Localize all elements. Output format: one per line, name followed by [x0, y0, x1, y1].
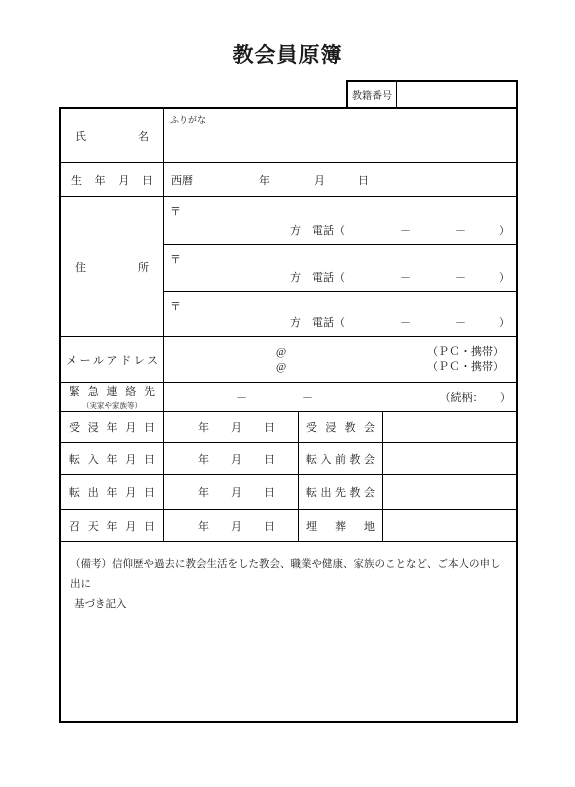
name-input-cell: ふりがな [164, 109, 516, 162]
emergency-label-cell: 緊急連絡先 （実家や家族等） [61, 383, 164, 411]
address-entry-3: 〒 方 電話（ － － ） [164, 292, 516, 336]
baptism-church-label-cell: 受浸教会 [299, 412, 383, 442]
phone-line: 方 電話（ － － ） [290, 269, 510, 285]
page-title: 教会員原簿 [0, 39, 575, 69]
name-row: 氏名 ふりがな [61, 109, 516, 163]
death-row: 召天年月日 年 月 日 埋葬地 [61, 510, 516, 542]
remarks-section: （備考）信仰歴や過去に教会生活をした教会、職業や健康、家族のことなど、ご本人の申… [61, 542, 516, 721]
name-label-cell: 氏名 [61, 109, 164, 162]
burial-place-label: 埋葬地 [299, 518, 382, 534]
address-row: 住所 〒 方 電話（ － － ） 〒 方 電話（ － － ） 〒 方 電話（ －… [61, 197, 516, 337]
birth-row: 生年月日 西暦 年 月 日 [61, 163, 516, 197]
furigana-label: ふりがな [170, 113, 206, 126]
previous-church-value-cell [383, 443, 516, 474]
baptism-church-value-cell [383, 412, 516, 442]
destination-church-value-cell [383, 475, 516, 509]
baptism-date-line: 年 月 日 [164, 412, 299, 442]
baptism-row: 受浸年月日 年 月 日 受浸教会 [61, 412, 516, 443]
destination-church-label-cell: 転出先教会 [299, 475, 383, 509]
emergency-label: 緊急連絡先 [61, 383, 163, 399]
transfer-in-date-line: 年 月 日 [164, 443, 299, 474]
burial-place-label-cell: 埋葬地 [299, 510, 383, 541]
transfer-out-date-label: 転出年月日 [61, 484, 163, 500]
registration-number-box: 教籍番号 [346, 80, 518, 107]
birth-value-line: 西暦 年 月 日 [164, 163, 516, 196]
address-label-cell: 住所 [61, 197, 164, 336]
address-entry-2: 〒 方 電話（ － － ） [164, 245, 516, 292]
emergency-sublabel: （実家や家族等） [61, 400, 163, 411]
death-date-line: 年 月 日 [164, 510, 299, 541]
transfer-out-row: 転出年月日 年 月 日 転出先教会 [61, 475, 516, 510]
transfer-in-row: 転入年月日 年 月 日 転入前教会 [61, 443, 516, 475]
baptism-church-label: 受浸教会 [299, 419, 382, 435]
at-sign: @ [276, 345, 286, 360]
address-label: 住所 [61, 259, 163, 275]
burial-place-value-cell [383, 510, 516, 541]
email-label: メールアドレス [61, 352, 163, 368]
at-sign: @ [276, 360, 286, 375]
emergency-relation-note: （続柄： ） [440, 389, 512, 405]
email-entry-2: @ （ＰＣ・携帯） [164, 360, 516, 375]
phone-line: 方 電話（ － － ） [290, 222, 510, 238]
postal-mark-icon: 〒 [170, 203, 181, 219]
registration-number-label: 教籍番号 [348, 82, 397, 107]
birth-label: 生年月日 [61, 172, 163, 188]
email-type-note: （ＰＣ・携帯） [427, 345, 516, 360]
death-date-label-cell: 召天年月日 [61, 510, 164, 541]
emergency-number-line: － － [236, 389, 313, 405]
birth-label-cell: 生年月日 [61, 163, 164, 196]
email-value-cell: @ （ＰＣ・携帯） @ （ＰＣ・携帯） [164, 337, 516, 382]
name-label: 氏名 [61, 128, 163, 144]
destination-church-label: 転出先教会 [299, 484, 382, 500]
email-label-cell: メールアドレス [61, 337, 164, 382]
previous-church-label: 転入前教会 [299, 451, 382, 467]
remarks-line-1: （備考）信仰歴や過去に教会生活をした教会、職業や健康、家族のことなど、ご本人の申… [70, 555, 508, 595]
previous-church-label-cell: 転入前教会 [299, 443, 383, 474]
transfer-out-date-line: 年 月 日 [164, 475, 299, 509]
email-row: メールアドレス @ （ＰＣ・携帯） @ （ＰＣ・携帯） [61, 337, 516, 383]
transfer-in-date-label-cell: 転入年月日 [61, 443, 164, 474]
member-form-table: 氏名 ふりがな 生年月日 西暦 年 月 日 住所 〒 [59, 107, 518, 723]
email-entry-1: @ （ＰＣ・携帯） [164, 345, 516, 360]
birth-value-cell: 西暦 年 月 日 [164, 163, 516, 196]
emergency-value-cell: － － （続柄： ） [164, 383, 516, 411]
registration-number-value [397, 82, 516, 107]
baptism-date-label: 受浸年月日 [61, 419, 163, 435]
transfer-in-date-label: 転入年月日 [61, 451, 163, 467]
death-date-label: 召天年月日 [61, 518, 163, 534]
transfer-out-date-label-cell: 転出年月日 [61, 475, 164, 509]
document-page: 教会員原簿 教籍番号 氏名 ふりがな 生年月日 西暦 年 月 日 [0, 0, 575, 787]
remarks-line-2: 基づき記入 [70, 595, 508, 615]
email-type-note: （ＰＣ・携帯） [427, 360, 516, 375]
address-entries: 〒 方 電話（ － － ） 〒 方 電話（ － － ） 〒 方 電話（ － － … [164, 197, 516, 336]
phone-line: 方 電話（ － － ） [290, 314, 510, 330]
emergency-row: 緊急連絡先 （実家や家族等） － － （続柄： ） [61, 383, 516, 412]
postal-mark-icon: 〒 [170, 298, 181, 314]
baptism-date-label-cell: 受浸年月日 [61, 412, 164, 442]
postal-mark-icon: 〒 [170, 251, 181, 267]
address-entry-1: 〒 方 電話（ － － ） [164, 197, 516, 245]
